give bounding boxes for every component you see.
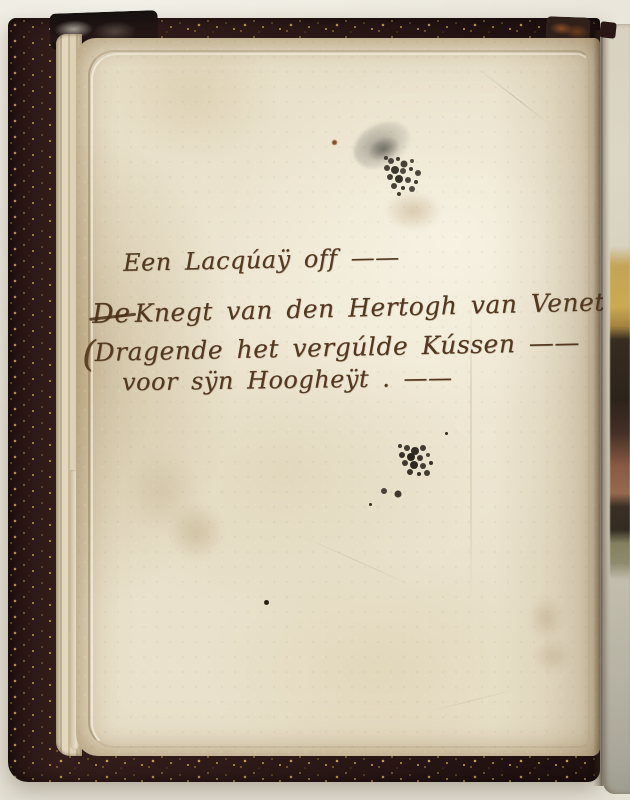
tan-smear: [386, 192, 440, 230]
ink-blot-top: [384, 156, 388, 160]
photograph-of-open-book: Een Lacqúaÿ off —— DeKnegt van den Herto…: [0, 0, 630, 800]
facing-page-sliver: [603, 24, 630, 794]
facing-page-top-leather-bit: [599, 21, 617, 39]
struck-word: De: [92, 298, 131, 330]
inscription-line-3-text: Dragende het vergúlde Kússen ——: [94, 328, 580, 367]
ink-blot-middle: [398, 444, 402, 448]
rust-speck: [332, 140, 337, 145]
inscription-line-1: Een Lacqúaÿ off ——: [123, 243, 400, 277]
inscription-line-4: voor sÿn Hoogheÿt . ——: [122, 364, 453, 397]
stain-left-middle-faint: [130, 455, 196, 529]
stain-bottom-right: [530, 596, 562, 640]
ink-dot: [445, 432, 448, 435]
ink-dot: [264, 600, 269, 605]
embossed-frame-highlight: [91, 53, 591, 749]
facing-page-illustration-sliver: [610, 246, 630, 580]
stain-bottom-right: [534, 640, 570, 672]
ink-dot: [369, 503, 372, 506]
